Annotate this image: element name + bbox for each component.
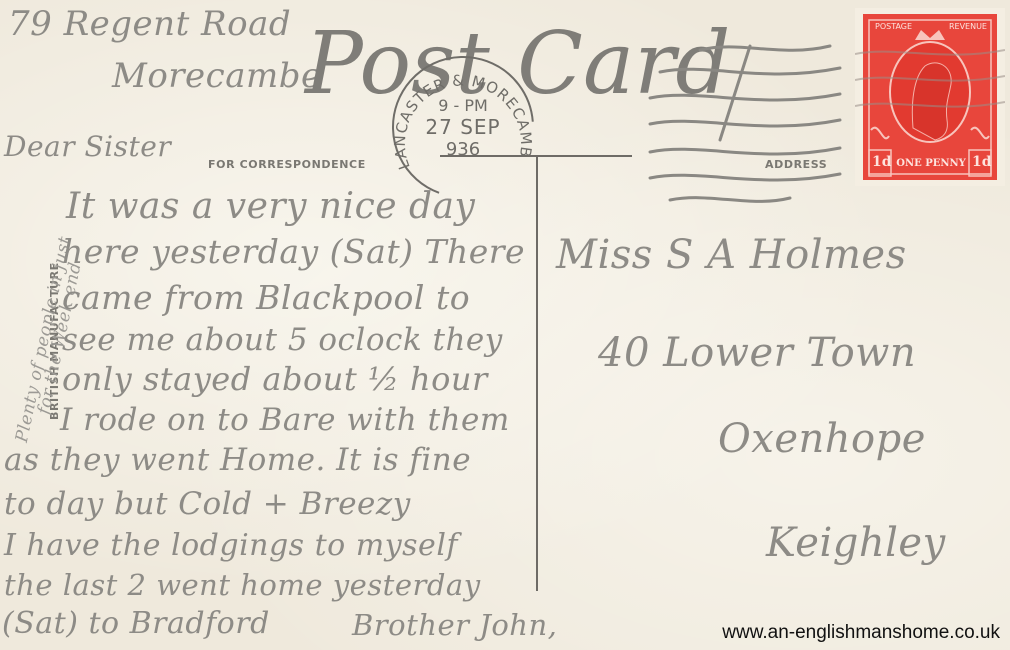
message-line: (Sat) to Bradford [2, 606, 270, 641]
label-for-correspondence: FOR CORRESPONDENCE [208, 158, 366, 171]
message-line: to day but Cold + Breezy [4, 486, 411, 522]
message-line: here yesterday (Sat) There [62, 232, 525, 271]
recipient-line2: 40 Lower Town [598, 330, 916, 376]
postmark-time: 9 - PM [388, 96, 538, 115]
recipient-line3: Oxenhope [718, 416, 926, 462]
message-line: the last 2 went home yesterday [4, 568, 481, 602]
stamp-label-postage: POSTAGE [875, 22, 912, 31]
sender-address-line2: Morecambe [112, 56, 322, 96]
stamp-label-revenue: REVENUE [949, 22, 987, 31]
stamp-value-right: 1d [972, 154, 992, 170]
message-line: I have the lodgings to myself [4, 528, 458, 563]
recipient-line1: Miss S A Holmes [556, 232, 907, 278]
stamp-value-left: 1d [872, 154, 892, 170]
stamp-denomination: ONE PENNY [895, 158, 967, 169]
message-line: came from Blackpool to [62, 278, 470, 317]
sender-address-line1: 79 Regent Road [8, 4, 291, 44]
recipient-line4: Keighley [766, 520, 946, 566]
postage-stamp: POSTAGE REVENUE 1d 1d ONE PENNY [855, 8, 1005, 186]
center-divider-line [536, 155, 538, 591]
message-line: It was a very nice day [66, 186, 475, 227]
postcard-back: 79 Regent Road Morecambe Post Card FOR C… [0, 0, 1010, 650]
message-salutation: Dear Sister [4, 130, 171, 163]
message-line: I rode on to Bare with them [60, 402, 510, 438]
message-line: only stayed about ½ hour [62, 360, 488, 398]
message-line: as they went Home. It is fine [4, 442, 471, 478]
postmark-year: 936 [388, 139, 538, 160]
message-line: see me about 5 oclock they [62, 322, 503, 358]
postmark-date: 27 SEP [388, 115, 538, 139]
website-watermark: www.an-englishmanshome.co.uk [722, 622, 1000, 644]
cancellation-wavy-lines-icon [630, 40, 860, 210]
postmark: LANCASTER & MORECAMBE 9 - PM 27 SEP 936 [388, 52, 538, 202]
message-signature: Brother John, [352, 608, 557, 642]
